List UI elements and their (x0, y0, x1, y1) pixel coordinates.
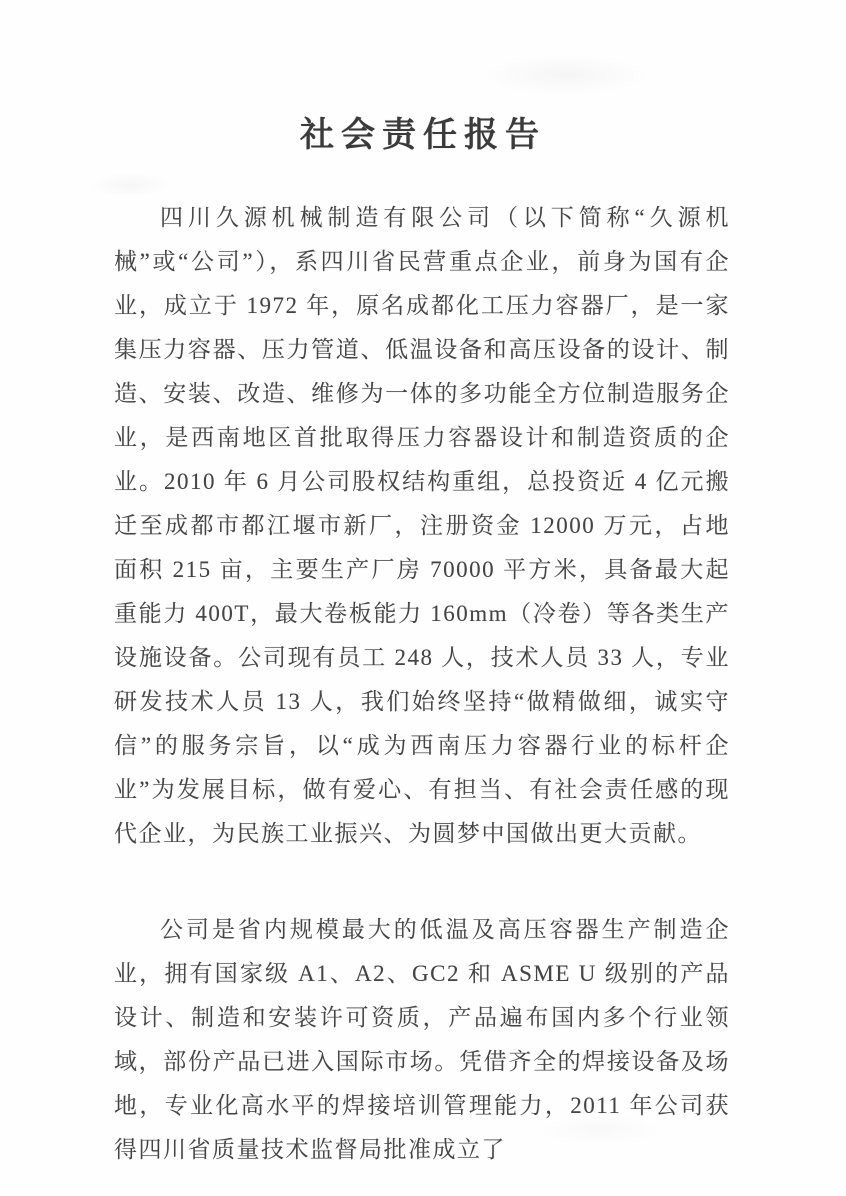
document-body: 四川久源机械制造有限公司（以下简称“久源机械”或“公司”），系四川省民营重点企业… (114, 196, 730, 1172)
scanned-document-page: 社会责任报告 四川久源机械制造有限公司（以下简称“久源机械”或“公司”），系四川… (0, 0, 846, 1196)
document-title: 社会责任报告 (0, 0, 846, 160)
paragraph-company-qualifications: 公司是省内规模最大的低温及高压容器生产制造企业，拥有国家级 A1、A2、GC2 … (114, 908, 730, 1172)
paragraph-company-introduction: 四川久源机械制造有限公司（以下简称“久源机械”或“公司”），系四川省民营重点企业… (114, 196, 730, 856)
